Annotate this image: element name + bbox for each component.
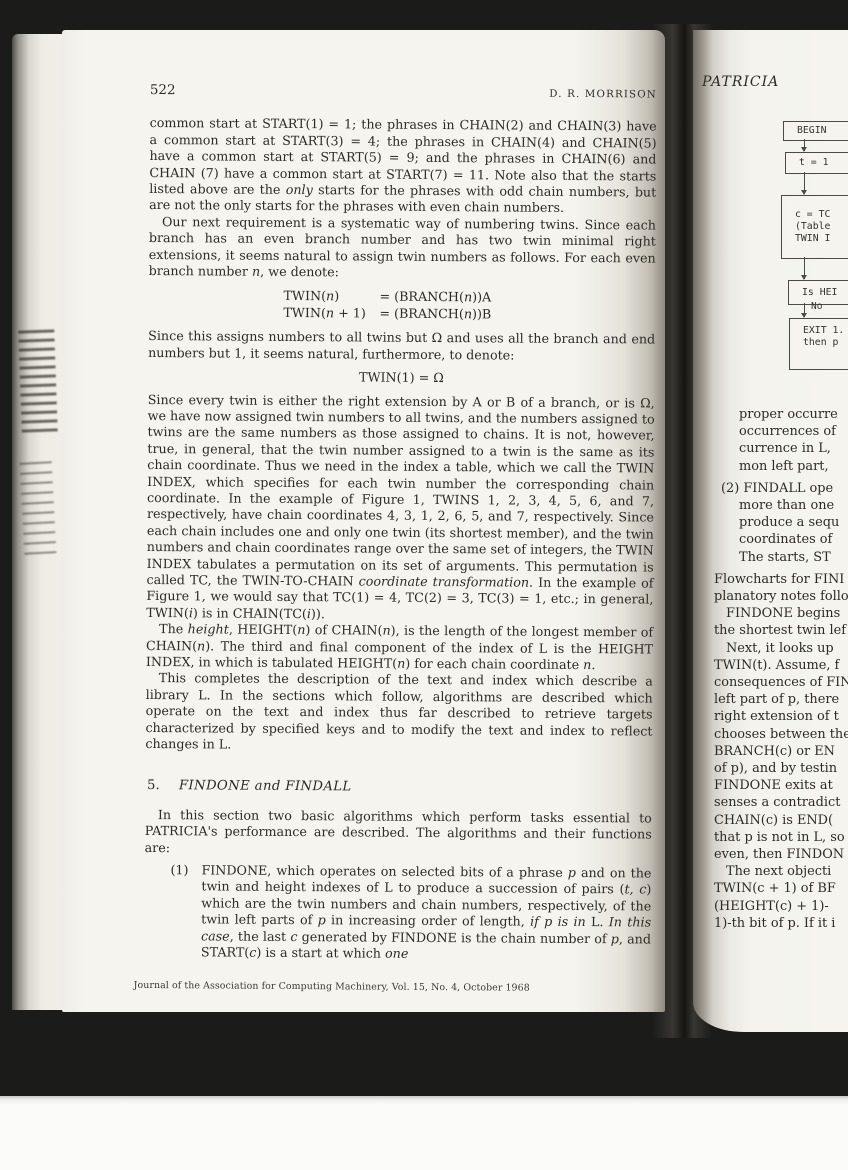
page-edge-marks-upper	[18, 329, 58, 434]
list-item-number: (1)	[170, 862, 202, 961]
flowchart-box-assign-t: t = 1	[785, 152, 848, 174]
flowchart-box-height-test-label: Is HEI	[802, 287, 848, 299]
equation-block: TWIN(n) = (BRANCH(n))A TWIN(n + 1) = (BR…	[283, 288, 655, 323]
right-page: PATRICIA BEGIN t = 1 c = TC(Table TWIN I…	[693, 30, 848, 1032]
flowchart-box-assign-t-label: t = 1	[799, 157, 848, 169]
left-page-content: 522 D. R. MORRISON common start at START…	[144, 80, 657, 997]
flowchart-box-begin-label: BEGIN	[797, 125, 848, 137]
page-number: 522	[150, 83, 176, 100]
scanner-bed-strip	[0, 1096, 848, 1170]
journal-footer: Journal of the Association for Computing…	[134, 977, 651, 997]
book-scan: 522 D. R. MORRISON common start at START…	[0, 0, 848, 1170]
flowchart-box-lookup-tc: c = TC(Table TWIN I	[781, 195, 848, 259]
flowchart-box-begin: BEGIN	[783, 121, 848, 141]
paragraph-3: Since this assigns numbers to all twins …	[148, 328, 655, 364]
section-number: 5.	[147, 778, 160, 793]
running-head-author: D. R. MORRISON	[549, 83, 657, 104]
section-title: FINDONE and FINDALL	[179, 779, 352, 795]
page-edge-marks-lower	[20, 461, 57, 555]
paragraph-1: common start at START(1) = 1; the phrase…	[149, 115, 657, 217]
equation-1-rhs: = (BRANCH(n))A	[379, 289, 491, 306]
list-item-1: (1) FINDONE, which operates on selected …	[170, 862, 652, 964]
paragraph-4: Since every twin is either the right ext…	[146, 391, 655, 624]
equation-1-lhs: TWIN(n)	[283, 288, 379, 305]
page-header: 522 D. R. MORRISON	[150, 80, 657, 104]
paragraph-5: The height, HEIGHT(n) of CHAIN(n), is th…	[146, 621, 653, 674]
paragraph-7: In this section two basic algorithms whi…	[145, 807, 652, 860]
flowchart: BEGIN t = 1 c = TC(Table TWIN I Is HEI N…	[693, 30, 848, 380]
paragraph-6: This completes the description of the te…	[145, 670, 653, 756]
list-item-text: FINDONE, which operates on selected bits…	[201, 862, 652, 964]
right-page-text: proper occurreoccurrences ofcurrence in …	[714, 406, 848, 932]
equation-2-rhs: = (BRANCH(n))B	[379, 305, 491, 322]
flowchart-box-exit: EXIT 1.then p	[789, 318, 848, 370]
paragraph-2: Our next requirement is a systematic way…	[149, 214, 656, 283]
page-edge-band	[12, 34, 63, 1010]
equation-omega: TWIN(1) = Ω	[148, 368, 655, 388]
left-page: 522 D. R. MORRISON common start at START…	[62, 30, 665, 1012]
flow-no-label: No	[811, 301, 822, 313]
equation-2-lhs: TWIN(n + 1)	[283, 305, 379, 322]
section-heading: 5. FINDONE and FINDALL	[147, 778, 652, 798]
equation-row-2: TWIN(n + 1) = (BRANCH(n))B	[283, 305, 655, 324]
